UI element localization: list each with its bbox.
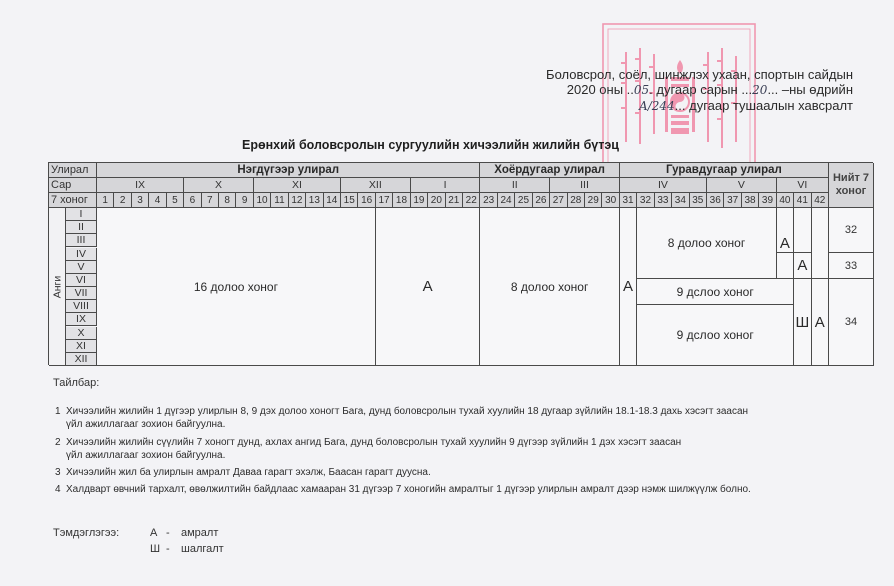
week-number: 27 [550, 193, 567, 208]
week-number: 15 [341, 193, 358, 208]
semester-header: Гуравдугаар улирал [620, 163, 829, 178]
order-suffix: ... дугаар тушаалын хавсралт [675, 98, 853, 113]
week-number: 14 [324, 193, 341, 208]
month-header: V [707, 178, 777, 193]
page-title: Ерөнхий боловсролын сургуулийн хичээлийн… [242, 138, 619, 152]
total-weeks-value: 32 [829, 208, 874, 253]
grade-axis-label: Анги [51, 275, 63, 298]
total-weeks-value: 33 [829, 253, 874, 279]
school-year-structure-table: УлиралСар7 хоногНэгдүгээр улиралХоёрдуга… [48, 162, 873, 365]
week-number: 3 [132, 193, 149, 208]
attachment-header: Боловсрол, соёл, шинжлэх ухаан, спортын … [546, 67, 853, 114]
schedule-empty-cell [812, 208, 829, 279]
schedule-code-cell: А [794, 253, 811, 279]
date-prefix: 2020 оны .. [567, 82, 634, 97]
week-number: 7 [202, 193, 219, 208]
month-header: XII [341, 178, 411, 193]
legend-symbol: Ш [150, 543, 160, 555]
schedule-study-block: 9 дслоо хоног [637, 279, 794, 305]
note-text: үйл ажиллагааг зохион байгуулна. [66, 450, 225, 461]
month-header: II [480, 178, 550, 193]
schedule-code-cell: А [376, 208, 481, 366]
week-number: 9 [236, 193, 253, 208]
note-text: Хичээлийн жилийн 1 дүгээр улирлын 8, 9 д… [66, 406, 748, 417]
note-text: Халдварт өвчний тархалт, өвөлжилтийн бай… [66, 484, 751, 495]
note-number: 4 [55, 484, 61, 495]
legend-dash: - [166, 527, 170, 539]
grade-row-label: V [66, 261, 97, 274]
order-number: A/244 [639, 99, 675, 113]
grade-row-label: X [66, 327, 97, 340]
week-number: 33 [655, 193, 672, 208]
week-number: 35 [690, 193, 707, 208]
notes-heading: Тайлбар: [53, 377, 99, 389]
week-number: 32 [637, 193, 654, 208]
schedule-code-cell: А [812, 279, 829, 366]
week-number: 20 [428, 193, 445, 208]
month-header: IV [620, 178, 707, 193]
grade-row-label: VIII [66, 300, 97, 313]
semester-header: Хоёрдугаар улирал [480, 163, 619, 178]
grade-row-label: III [66, 234, 97, 247]
grade-row-label: II [66, 221, 97, 234]
note-text: Хичээлийн жилийн сүүлийн 7 хоногт дунд, … [66, 437, 681, 448]
week-number: 38 [742, 193, 759, 208]
grade-axis: Анги [49, 208, 66, 366]
week-number: 12 [289, 193, 306, 208]
week-number: 40 [777, 193, 794, 208]
week-number: 26 [533, 193, 550, 208]
note-number: 3 [55, 467, 61, 478]
month-header: X [184, 178, 254, 193]
month-header: I [411, 178, 481, 193]
legend-heading: Тэмдэглэгээ: [53, 527, 119, 539]
order-line: A/244... дугаар тушаалын хавсралт [546, 98, 853, 114]
week-number: 21 [446, 193, 463, 208]
row-label-month: Сар [49, 178, 97, 193]
week-number: 18 [393, 193, 410, 208]
schedule-study-block: 9 дслоо хоног [637, 305, 794, 366]
week-number: 13 [306, 193, 323, 208]
week-number: 36 [707, 193, 724, 208]
schedule-empty-cell [777, 253, 794, 279]
row-label-semester: Улирал [49, 163, 97, 178]
week-number: 11 [271, 193, 288, 208]
total-weeks-value: 34 [829, 279, 874, 366]
week-number: 30 [602, 193, 619, 208]
schedule-code-cell: А [777, 208, 794, 253]
week-number: 10 [254, 193, 271, 208]
grade-row-label: VI [66, 274, 97, 287]
week-number: 8 [219, 193, 236, 208]
note-text: үйл ажиллагааг зохион байгуулна. [66, 419, 225, 430]
legend-meaning: амралт [181, 527, 218, 539]
note-number: 2 [55, 437, 61, 448]
legend-meaning: шалгалт [181, 543, 224, 555]
week-number: 42 [812, 193, 829, 208]
grade-row-label: IX [66, 313, 97, 326]
grade-row-label: XII [66, 353, 97, 366]
week-number: 28 [568, 193, 585, 208]
note-text: Хичээлийн жил ба улирлын амралт Даваа га… [66, 467, 431, 478]
week-number: 25 [515, 193, 532, 208]
date-day: 20 [752, 83, 767, 97]
schedule-study-block: 8 долоо хоног [637, 208, 776, 279]
schedule-study-block: 16 долоо хоног [97, 208, 376, 366]
legend-dash: - [166, 543, 170, 555]
month-header: VI [777, 178, 829, 193]
schedule-empty-cell [794, 208, 811, 253]
week-number: 4 [149, 193, 166, 208]
schedule-study-block: 8 долоо хоног [480, 208, 619, 366]
grade-row-label: I [66, 208, 97, 221]
week-number: 23 [480, 193, 497, 208]
date-line: 2020 оны ..05. дугаар сарын ...20... –ны… [546, 82, 853, 98]
week-number: 39 [759, 193, 776, 208]
week-number: 5 [167, 193, 184, 208]
note-number: 1 [55, 406, 61, 417]
week-number: 17 [376, 193, 393, 208]
date-month: 05 [634, 83, 649, 97]
grade-row-label: VII [66, 287, 97, 300]
week-number: 16 [358, 193, 375, 208]
schedule-code-cell: Ш [794, 279, 811, 366]
week-number: 2 [114, 193, 131, 208]
month-header: XI [254, 178, 341, 193]
week-number: 41 [794, 193, 811, 208]
week-number: 37 [724, 193, 741, 208]
legend-symbol: А [150, 527, 157, 539]
week-number: 34 [672, 193, 689, 208]
row-label-week: 7 хоног [49, 193, 97, 208]
week-number: 6 [184, 193, 201, 208]
date-middle: . дугаар сарын ... [649, 82, 752, 97]
week-number: 31 [620, 193, 637, 208]
grade-row-label: XI [66, 340, 97, 353]
week-number: 19 [411, 193, 428, 208]
week-number: 29 [585, 193, 602, 208]
total-weeks-header: Нийт 7 хоног [829, 163, 874, 208]
week-number: 1 [97, 193, 114, 208]
grade-row-label: IV [66, 248, 97, 261]
schedule-code-cell: А [620, 208, 637, 366]
date-suffix: ... –ны өдрийн [767, 82, 853, 97]
month-header: III [550, 178, 620, 193]
week-number: 24 [498, 193, 515, 208]
ministry-line: Боловсрол, соёл, шинжлэх ухаан, спортын … [546, 67, 853, 82]
week-number: 22 [463, 193, 480, 208]
semester-header: Нэгдүгээр улирал [97, 163, 480, 178]
month-header: IX [97, 178, 184, 193]
